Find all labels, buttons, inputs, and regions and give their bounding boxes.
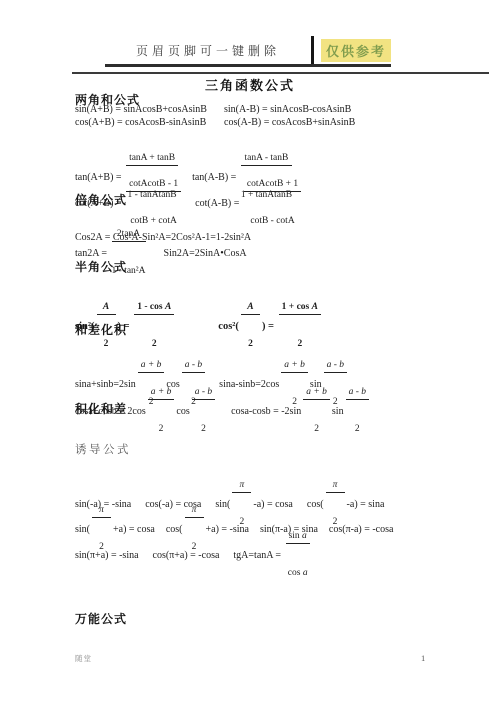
operator: cos [176,406,189,417]
section-heading-product-to-sum: 积化和差 [75,400,127,417]
section-heading-induction: 诱导公式 [75,441,131,457]
formula-tan-identity: tgA=tanA = sin a cos a [233,508,311,602]
numerator: a - b [346,387,369,400]
numerator: A [97,302,116,315]
denominator: 2 [346,423,369,435]
numerator: a + b [303,387,330,400]
numerator: cotAcotB - 1 [126,179,181,192]
fraction: a - b 2 [192,364,215,458]
section-heading-half: 半角公式 [75,258,127,275]
header-note: 页眉页脚可一键删除 [105,42,311,59]
variable: a [302,531,307,541]
fraction: a - b 2 [346,364,369,458]
variable: A [165,302,171,312]
formula-cosa-minus-cosb: cosa-cosb = -2sin a + b 2 sin a - b 2 [231,364,371,458]
variable: a [303,568,308,578]
fraction: a + b 2 [303,364,330,458]
numerator: A [241,302,260,315]
formula-sin-diff: sin(A-B) = sinAcosB-cosAsinB [224,104,351,115]
header-divider-bar [311,36,314,64]
formula-cos-pi-plus: cos(π+a) = -cosa [153,550,220,561]
formula-cos-sum: cos(A+B) = cosAcosB-sinAsinB [75,117,224,128]
operator: sin [332,406,344,417]
numerator: sin a [286,531,310,544]
section-heading-universal: 万能公式 [75,610,127,627]
numerator: a - b [192,387,215,400]
formula-lhs: tan2A = [75,248,110,259]
header-rule [72,72,489,74]
fraction: sin a cos a [286,508,310,602]
page-header: 页眉页脚可一键删除 仅供参考 [105,36,391,67]
formula-lhs: cos²( [218,321,239,332]
formula-row: sin(π+a) = -sina cos(π+a) = -cosa tgA=ta… [75,508,312,602]
document-page: 页眉页脚可一键删除 仅供参考 三角函数公式 两角和公式 sin(A+B) = s… [0,0,500,708]
formula-cos2a: Cos2A = Cos²A-Sin²A=2Cos²A-1=1-2sin²A [75,232,251,243]
formula-sin-pi-plus: sin(π+a) = -sina [75,550,139,561]
variable: A [312,302,318,312]
numerator-text: 1 + cos [282,302,312,312]
numerator: cotAcotB + 1 [244,179,301,192]
formula-sin-sum: sin(A+B) = sinAcosB+cosAsinB [75,104,224,115]
denominator: 2 [303,423,330,435]
formula-row: Cos2A = Cos²A-Sin²A=2Cos²A-1=1-2sin²A [75,232,251,243]
denominator: 2 [148,423,175,435]
denominator: cotB - cotA [244,215,301,227]
formula-sin2a: Sin2A=2SinA•CosA [164,248,247,259]
page-number: 1 [421,653,425,663]
numerator: a + b [148,387,175,400]
fraction: a + b 2 [148,364,175,458]
denominator-text: cos [288,568,303,578]
numerator: 1 - cos A [134,302,174,315]
reference-badge: 仅供参考 [321,39,391,62]
numerator-text: 1 - cos [137,302,165,312]
section-heading-sum-to-product: 和差化积 [75,321,127,338]
footer-watermark: 随堂 [75,653,92,664]
formula-lhs: tgA=tanA = [233,550,283,561]
equals: ) = [262,321,277,332]
formula-cos-pi-minus: cos(π-a) = -cosa [329,524,394,535]
denominator: cos a [286,567,310,579]
formula-cos-diff: cos(A-B) = cosAcosB+sinAsinB [224,117,355,128]
numerator-text: sin [289,531,302,541]
formula-row: cos(A+B) = cosAcosB-sinAsinB cos(A-B) = … [75,117,355,128]
formula-row: sin(A+B) = sinAcosB+cosAsinB sin(A-B) = … [75,104,351,115]
formula-lhs: cosa-cosb = -2sin [231,406,301,417]
denominator: 2 [192,423,215,435]
fraction: cotAcotB + 1 cotB - cotA [244,156,301,250]
numerator: 1 + cos A [279,302,321,315]
